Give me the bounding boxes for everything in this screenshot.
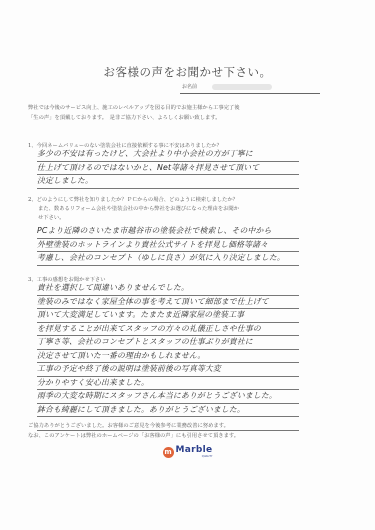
answer-2: PCより近隣のさいたま市越谷市の塗装会社で検索し、その中から 外壁塗装のホットラ… xyxy=(37,225,299,266)
answer-line: 分かりやすく安心出来ました。 xyxy=(37,377,299,391)
survey-sheet: お客様の声をお聞かせ下さい。 お名前 弊社では今後のサービス向上、施工のレベルア… xyxy=(0,0,375,530)
answer-line: 考慮し、会社のコンセプト（ゆしに良さ）が気に入り決定しました。 xyxy=(37,252,299,266)
intro-line: 「生の声」を頂戴しております。 是非ご協力下さい、よろしくお願い致します。 xyxy=(28,113,358,123)
answer-3: 貴社を選択して間違いありませんでした。 塗装のみではなく家屋全体の事を考えて頂い… xyxy=(37,282,299,431)
closing-line: ご協力ありがとうございました。お客様のご意見を今後参考に業務改善に努めます。 xyxy=(28,421,358,431)
answer-line: 決定しました。 xyxy=(37,175,299,189)
answer-1: 多少の不安は有ったけど、大会社より中小会社の方が丁寧に 仕上げて頂けるのではない… xyxy=(37,148,299,189)
answer-line: 塗装のみではなく家屋全体の事を考えて頂いて細部まで仕上げて xyxy=(37,296,299,310)
logo-text: Marble xyxy=(176,446,213,455)
question-text: また、数あるリフォーム会社や塗装会社の中から弊社をお選びになった理由をお聞か xyxy=(28,205,358,214)
question-text: せ下さい。 xyxy=(28,214,358,223)
redacted-name xyxy=(212,84,272,90)
page-title: お客様の声をお聞かせ下さい。 xyxy=(0,64,375,80)
answer-line: 決定させて頂いた一番の理由かもしれません。 xyxy=(37,350,299,364)
question-2: 2、どのようにして弊社を知りましたか？ＰＣからの場合、どのように検索しましたか？… xyxy=(28,196,358,223)
answer-line: を拝見することが出来てスタッフの方々の礼儀正しさや仕事の xyxy=(37,323,299,337)
answer-line: 雨季の大変な時期にスタッフさん本当にありがとうございました。 xyxy=(37,390,299,404)
answer-line: PCより近隣のさいたま市越谷市の塗装会社で検索し、その中から xyxy=(37,225,299,239)
answer-line: 頂いて大変満足しています。たまたま近隣家屋の塗装工事 xyxy=(37,309,299,323)
answer-line: 多少の不安は有ったけど、大会社より中小会社の方が丁寧に xyxy=(37,148,299,162)
logo-mark-icon: m xyxy=(163,447,174,458)
logo-wordmark: Marble QUALITY xyxy=(176,446,213,458)
intro-text: 弊社では今後のサービス向上、施工のレベルアップを図る目的でお施主様から工事完了後… xyxy=(28,103,358,123)
answer-line: 鉢合も綺麗にして頂きました。ありがとうございました。 xyxy=(37,404,299,418)
answer-line: 仕上げて頂けるのではないかと、Net等諸々拝見させて頂いて xyxy=(37,162,299,176)
closing-text: ご協力ありがとうございました。お客様のご意見を今後参考に業務改善に努めます。 な… xyxy=(28,421,358,441)
answer-line: 外壁塗装のホットラインより貴社公式サイトを拝見し価格等諸々 xyxy=(37,239,299,253)
closing-line: なお、このアンケートは弊社のホームページの「お客様の声」にも引用させて頂きます。 xyxy=(28,431,358,441)
intro-line: 弊社では今後のサービス向上、施工のレベルアップを図る目的でお施主様から工事完了後 xyxy=(28,103,358,113)
answer-line: 丁寧さ等、会社のコンセプトとスタッフの仕事ぶりが貴社に xyxy=(37,336,299,350)
company-logo: m Marble QUALITY xyxy=(0,446,375,458)
name-field: お名前 xyxy=(180,83,320,94)
name-label: お名前 xyxy=(182,83,197,90)
logo-subtext: QUALITY xyxy=(202,455,213,458)
question-text: 2、どのようにして弊社を知りましたか？ＰＣからの場合、どのように検索しましたか？ xyxy=(28,196,358,205)
answer-line: 貴社を選択して間違いありませんでした。 xyxy=(37,282,299,296)
answer-line: 工事の予定や終了後の説明は塗装前後の写真等大変 xyxy=(37,363,299,377)
